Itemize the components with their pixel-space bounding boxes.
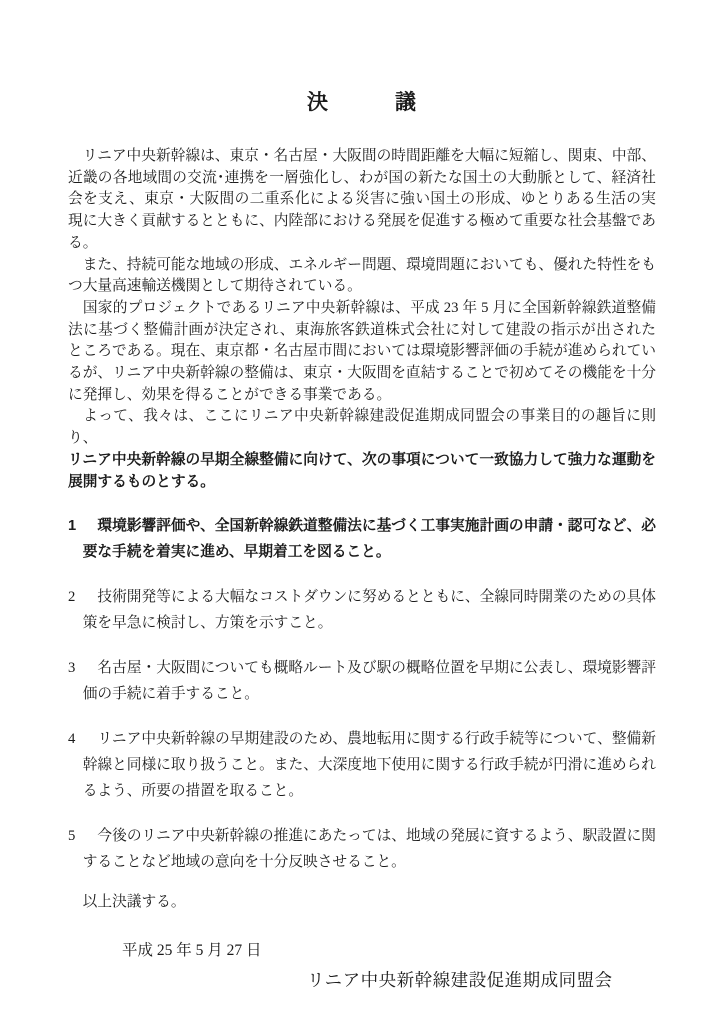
signature-organization: リニア中央新幹線建設促進期成同盟会 xyxy=(307,967,656,993)
paragraph-therefore: よって、我々は、ここにリニア中央新幹線建設促進期成同盟会の事業目的の趣旨に則り、 xyxy=(68,406,656,449)
item-number: 1 xyxy=(68,513,97,539)
item-text: 名古屋・大阪間についても概略ルート及び駅の概略位置を早期に公表し、環境影響評価の… xyxy=(83,660,656,702)
item-text: 今後のリニア中央新幹線の推進にあたっては、地域の発展に資するよう、駅設置に関する… xyxy=(83,828,656,870)
item-text: リニア中央新幹線の早期建設のため、農地転用に関する行政手続等について、整備新幹線… xyxy=(83,731,656,799)
closing-statement: 以上決議する。 xyxy=(68,889,656,915)
item-number: 3 xyxy=(68,655,97,681)
item-text: 環境影響評価や、全国新幹線鉄道整備法に基づく工事実施計画の申請・認可など、必要な… xyxy=(83,518,656,560)
item-number: 5 xyxy=(68,823,97,849)
resolution-item-2: 2技術開発等による大幅なコストダウンに努めるとともに、全線同時開業のための具体策… xyxy=(68,584,656,636)
resolution-item-4: 4リニア中央新幹線の早期建設のため、農地転用に関する行政手続等について、整備新幹… xyxy=(68,726,656,804)
document-page: 決 議 リニア中央新幹線は、東京・名古屋・大阪間の時間距離を大幅に短縮し、関東、… xyxy=(0,0,724,1024)
paragraph-intro: リニア中央新幹線は、東京・名古屋・大阪間の時間距離を大幅に短縮し、関東、中部、近… xyxy=(68,146,656,255)
paragraph-expectations: また、持続可能な地域の形成、エネルギー問題、環境問題においても、優れた特性をもつ… xyxy=(68,255,656,298)
document-date: 平成 25 年 5 月 27 日 xyxy=(122,939,656,963)
item-text: 技術開発等による大幅なコストダウンに努めるとともに、全線同時開業のための具体策を… xyxy=(83,589,656,631)
resolution-statement: リニア中央新幹線の早期全線整備に向けて、次の事項について一致協力して強力な運動を… xyxy=(68,450,656,493)
paragraph-national-project: 国家的プロジェクトであるリニア中央新幹線は、平成 23 年 5 月に全国新幹線鉄… xyxy=(68,298,656,407)
resolution-item-1: 1環境影響評価や、全国新幹線鉄道整備法に基づく工事実施計画の申請・認可など、必要… xyxy=(68,513,656,565)
item-number: 2 xyxy=(68,584,97,610)
resolution-item-5: 5今後のリニア中央新幹線の推進にあたっては、地域の発展に資するよう、駅設置に関す… xyxy=(68,823,656,875)
document-title: 決 議 xyxy=(68,86,656,116)
item-number: 4 xyxy=(68,726,97,752)
resolution-item-3: 3名古屋・大阪間についても概略ルート及び駅の概略位置を早期に公表し、環境影響評価… xyxy=(68,655,656,707)
document-body: リニア中央新幹線は、東京・名古屋・大阪間の時間距離を大幅に短縮し、関東、中部、近… xyxy=(68,146,656,993)
